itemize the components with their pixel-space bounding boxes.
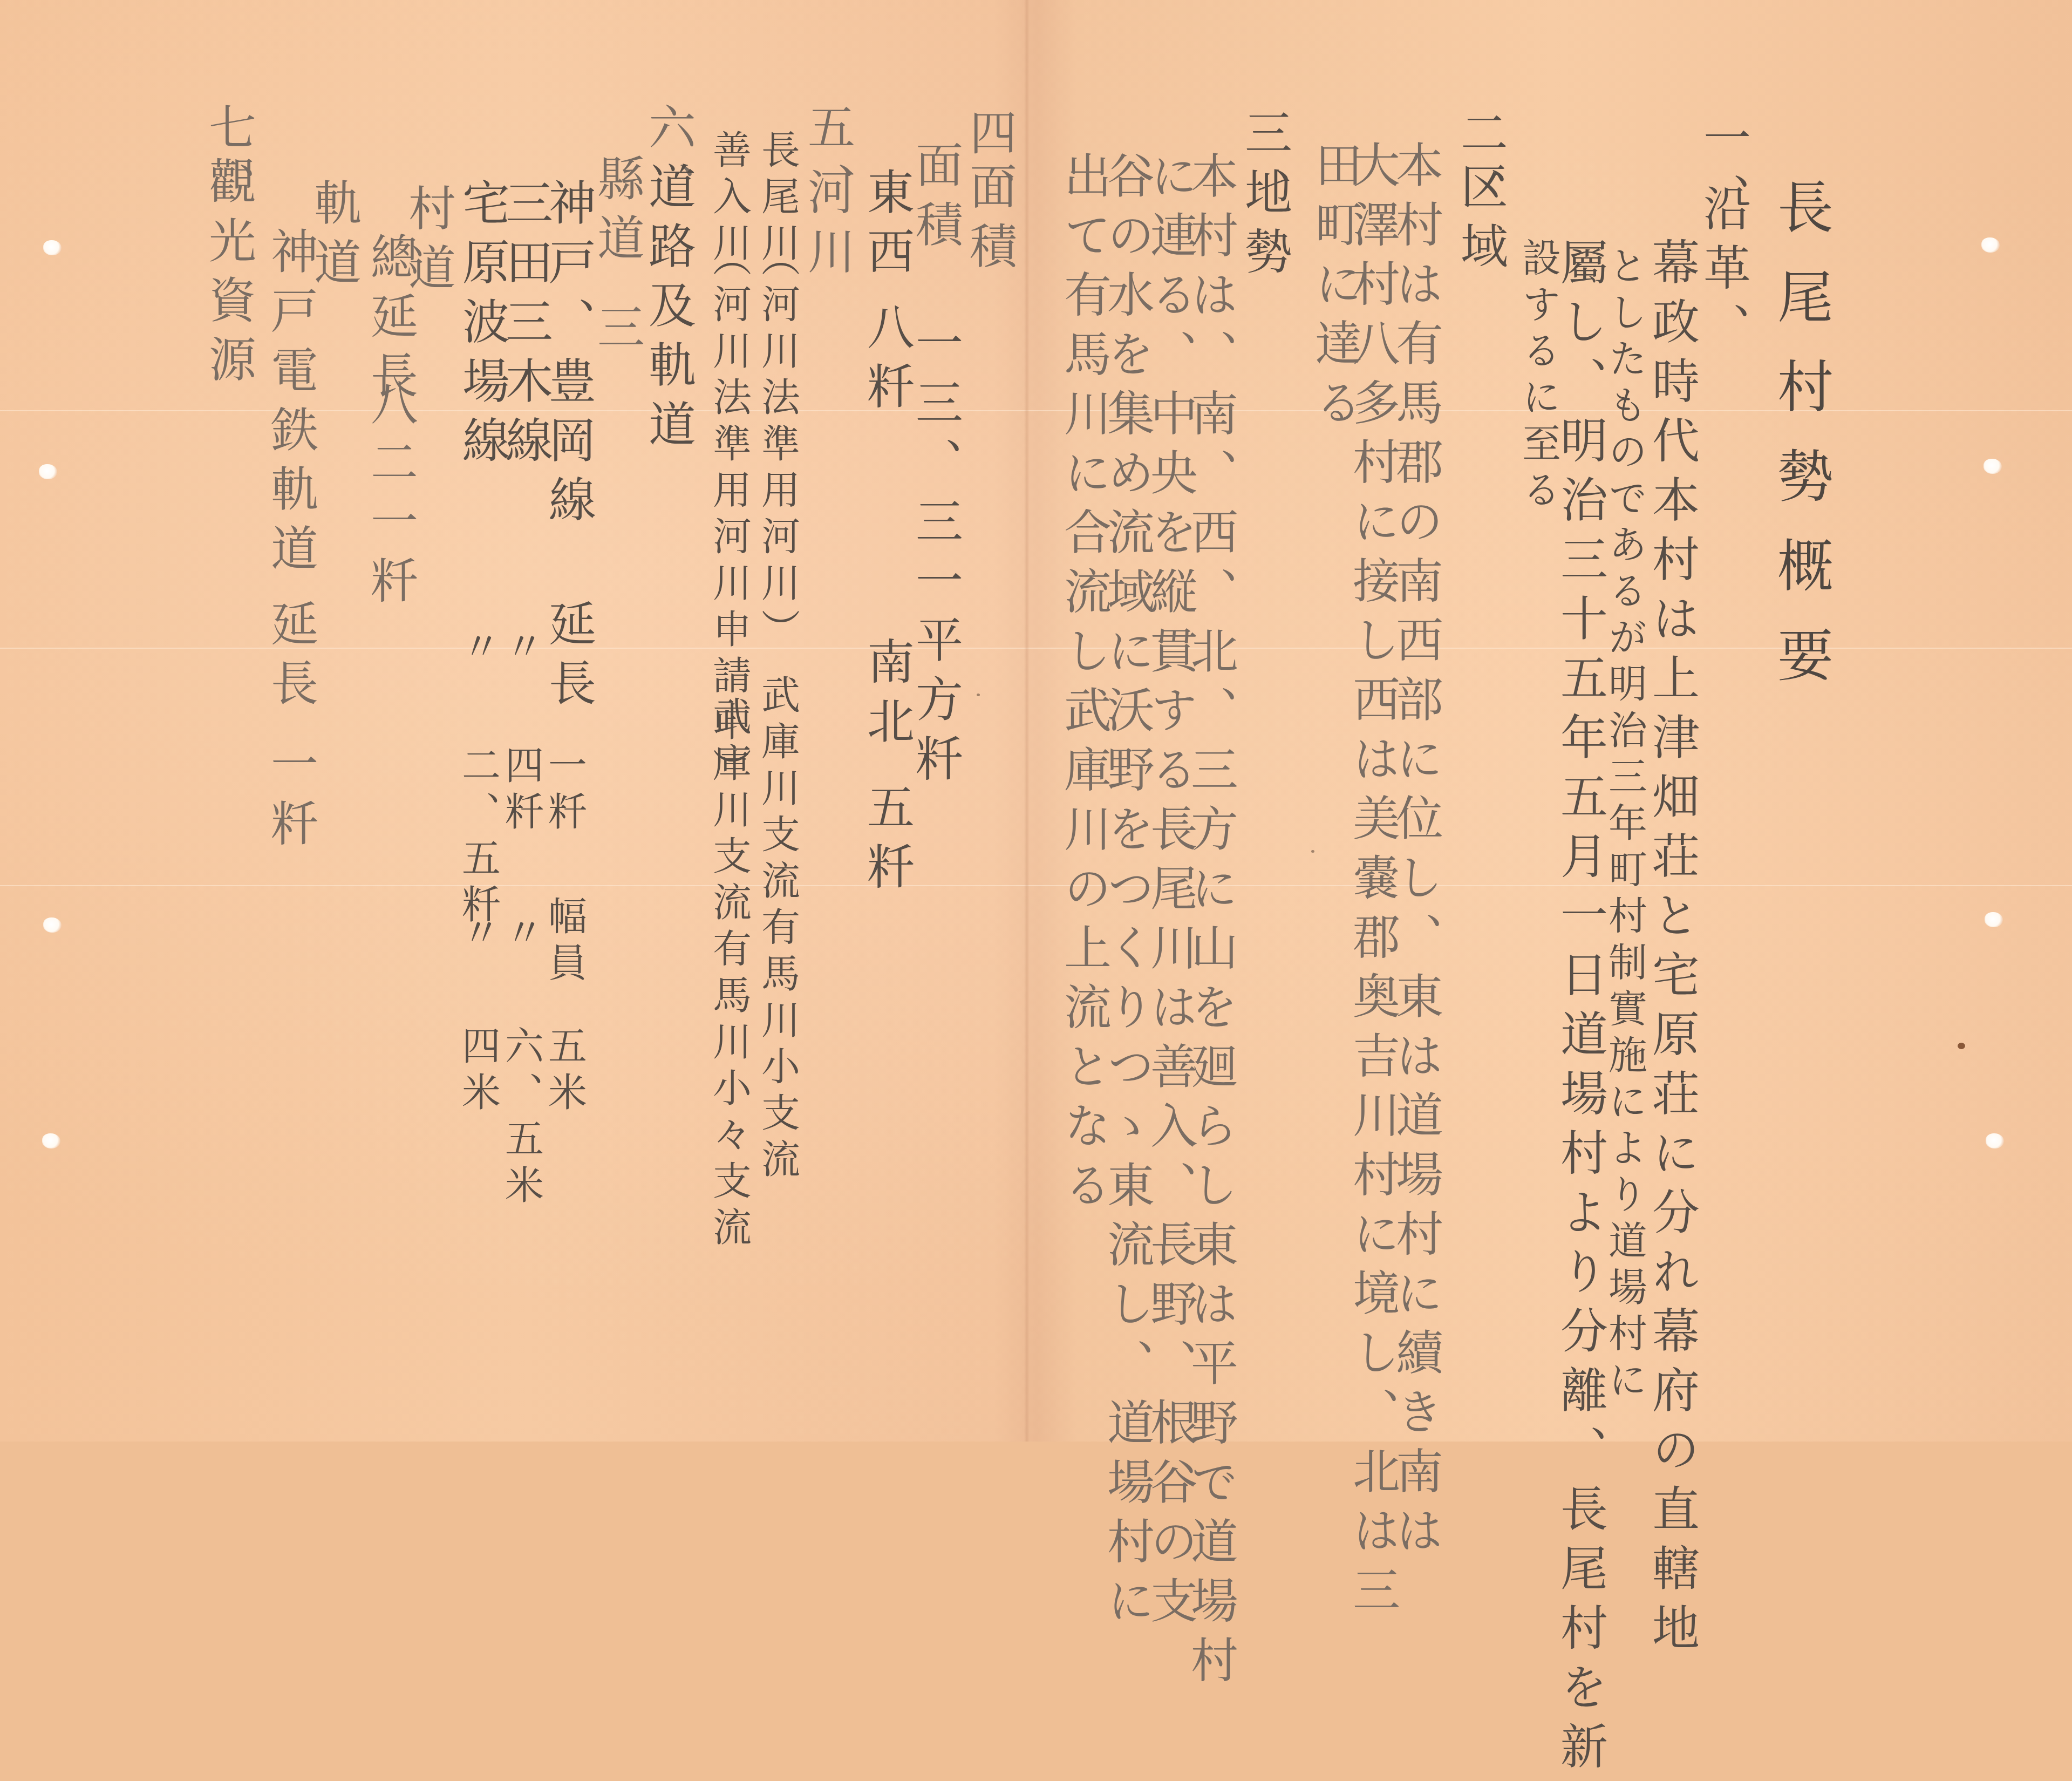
east-west-value: 八粁: [863, 302, 911, 421]
section-1-line: としたものであるが明治三年町村制實施により道場村に: [1605, 246, 1644, 1406]
section-3-line: 出て有馬川に合流し武庫川の上流となる: [1060, 151, 1108, 1220]
document-scan: 長尾村勢概要 一、 沿革、 幕政時代本村は上津畑荘と宅原荘に分れ幕府の直轄地 と…: [0, 0, 2072, 1442]
section-5-heading: 河川: [804, 167, 851, 286]
section-2-line: 田町に達る: [1311, 140, 1359, 437]
railway-length-label: 延長: [267, 599, 315, 718]
north-south-label: 南北: [863, 637, 911, 756]
ditto-mark: 〃: [502, 626, 541, 672]
ditto-mark: 〃: [459, 912, 497, 959]
river-status: （河川法準用河川）: [758, 237, 797, 655]
section-3-heading: 地勢: [1241, 167, 1289, 286]
binder-hole-icon: [42, 1133, 60, 1148]
length-label: 延長: [545, 599, 592, 718]
north-south-value: 五粁: [863, 783, 911, 901]
stain-speck: [977, 694, 980, 696]
road-length: 二、五粁: [459, 745, 497, 930]
section-1-line: 屬し、明治三十五年五月一日道場村より分離、長尾村を新: [1557, 237, 1604, 1442]
binder-hole-icon: [1984, 459, 2002, 474]
road-length: 四粁: [502, 745, 541, 838]
railway-name: 神戸電鉄軌道: [267, 227, 315, 583]
ditto-mark: 〃: [459, 626, 497, 672]
binder-hole-icon: [39, 464, 57, 479]
road-width: 四米: [459, 1025, 497, 1118]
area-value: 一三、三一平方粁: [912, 318, 959, 793]
width-label: 幅員: [545, 896, 584, 989]
road-width: 六、五米: [502, 1025, 541, 1211]
section-1-heading: 沿革、: [1700, 183, 1747, 362]
section-1-line: 幕政時代本村は上津畑荘と宅原荘に分れ幕府の直轄地: [1648, 237, 1696, 1442]
stain-speck: [1311, 850, 1314, 853]
railway-length: 一粁: [267, 739, 315, 858]
section-6-heading: 道路及軌道: [645, 162, 692, 459]
center-fold: [1024, 0, 1030, 1442]
road-width: 五米: [545, 1025, 584, 1118]
binder-hole-icon: [1985, 912, 2003, 927]
binder-hole-icon: [43, 240, 62, 255]
river-system: 武庫川支流有馬川小支流: [758, 675, 797, 1185]
section-4-heading: 面積: [966, 162, 1013, 281]
binder-hole-icon: [1986, 1133, 2004, 1148]
river-system: 武庫川支流有馬川小々支流: [710, 696, 748, 1253]
document-title: 長尾村勢概要: [1760, 178, 1841, 716]
ditto-mark: 〃: [502, 912, 541, 959]
binder-hole-icon: [1981, 237, 2000, 253]
road-length: 一粁: [545, 745, 584, 838]
scan-line: [0, 885, 2072, 886]
village-road-total-length: 八二一粁: [367, 378, 414, 615]
section-2-heading: 区域: [1457, 162, 1504, 281]
prefectural-road-count: 三: [594, 302, 641, 362]
area-label: 面積: [912, 140, 959, 259]
stain-speck: [1958, 1043, 1965, 1049]
binder-hole-icon: [43, 917, 62, 933]
section-7-heading: 觀光資源: [205, 157, 253, 394]
prefectural-road-name: 宅原波場線: [459, 178, 506, 475]
east-west-label: 東西: [863, 167, 911, 286]
section-1-line: 設するに至る: [1519, 237, 1558, 516]
prefectural-road-label: 縣道: [594, 154, 641, 273]
